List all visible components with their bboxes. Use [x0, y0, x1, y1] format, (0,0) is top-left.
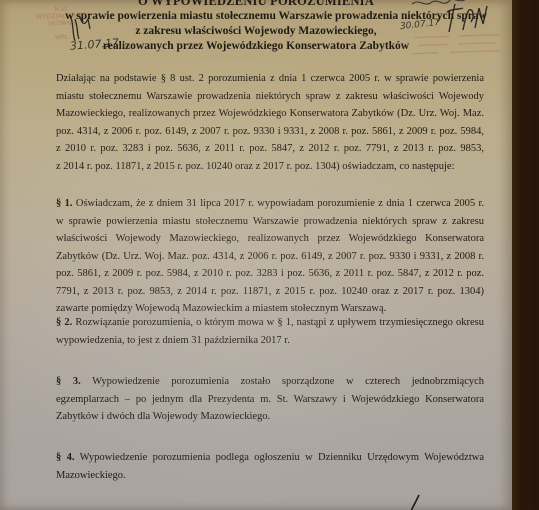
text-line: Mazowieckiego, realizowanych przez Wojew…: [56, 105, 484, 123]
subtitle-line: z zakresu właściwości Wojewody Mazowieck…: [0, 24, 512, 39]
subtitle-line: realizowanych przez Wojewódzkiego Konser…: [0, 39, 512, 54]
text-line: wypowiedzenia, to jest z dniem 31 paździ…: [56, 332, 484, 350]
document-title: O WYPOWIEDZENIU POROZUMIENIA: [0, 0, 512, 9]
pen-stroke-icon: [405, 494, 425, 510]
text-line: Działając na podstawie § 8 ust. 2 porozu…: [56, 70, 484, 88]
text-line: Mazowieckiego.: [56, 467, 484, 485]
intro-paragraph: Działając na podstawie § 8 ust. 2 porozu…: [56, 70, 484, 175]
text-line: właściwości Wojewody Mazowieckiego, real…: [56, 230, 484, 248]
paragraph-section-2: § 2. Rozwiązanie porozumienia, o którym …: [56, 314, 484, 349]
text-line: Rozwiązanie porozumienia, o którym mowa …: [75, 317, 484, 328]
paragraph-section-1: § 1. Oświadczam, że z dniem 31 lipca 201…: [56, 195, 484, 318]
text-line: Zabytków (Dz. Urz. Woj. Maz. poz. 4314, …: [56, 248, 484, 266]
text-line: Zabytków i dwóch dla Wojewody Mazowiecki…: [56, 408, 484, 426]
section-number: § 2.: [56, 317, 72, 328]
paragraph-section-4: § 4. Wypowiedzenie porozumienia podlega …: [56, 449, 484, 484]
paragraph-section-3: § 3. Wypowiedzenie porozumienia zostało …: [56, 373, 484, 426]
section-number: § 3.: [56, 376, 81, 387]
text-line: miastu stołecznemu Warszawie prowadzenia…: [56, 88, 484, 106]
text-line: egzemplarzach – po jednym dla Prezydenta…: [56, 391, 484, 409]
text-line: Oświadczam, że z dniem 31 lipca 2017 r. …: [76, 198, 484, 209]
text-line: z 2010 r. poz. 3283 i poz. 5636, z 2011 …: [56, 140, 484, 158]
text-line: Wypowiedzenie porozumienia podlega ogłos…: [80, 452, 484, 463]
section-number: § 1.: [56, 198, 73, 209]
text-line: w sprawie powierzenia miastu stołecznemu…: [56, 213, 484, 231]
text-line: Wypowiedzenie porozumienia zostało sporz…: [92, 376, 484, 387]
section-number: § 4.: [56, 452, 74, 463]
text-line: poz. 4314, z 2006 r. poz. 6149, z 2007 r…: [56, 123, 484, 141]
text-line: z 2014 r. poz. 11871, z 2015 r. poz. 102…: [56, 158, 484, 176]
text-line: poz. 5861, z 2009 r. poz. 5984, z 2010 r…: [56, 265, 484, 283]
document-subtitle: w sprawie powierzenia miastu stołecznemu…: [0, 9, 512, 54]
text-line: 7791, z 2013 r. poz. 9853, z 2014 r. poz…: [56, 283, 484, 301]
photo-scene: M.st. WYDZIAŁ KANC. GŁÓWNA WPŁ. 31.07.17: [0, 0, 539, 510]
subtitle-line: w sprawie powierzenia miastu stołecznemu…: [0, 9, 512, 24]
document-page: M.st. WYDZIAŁ KANC. GŁÓWNA WPŁ. 31.07.17: [0, 0, 512, 510]
background-edge: [512, 0, 539, 510]
